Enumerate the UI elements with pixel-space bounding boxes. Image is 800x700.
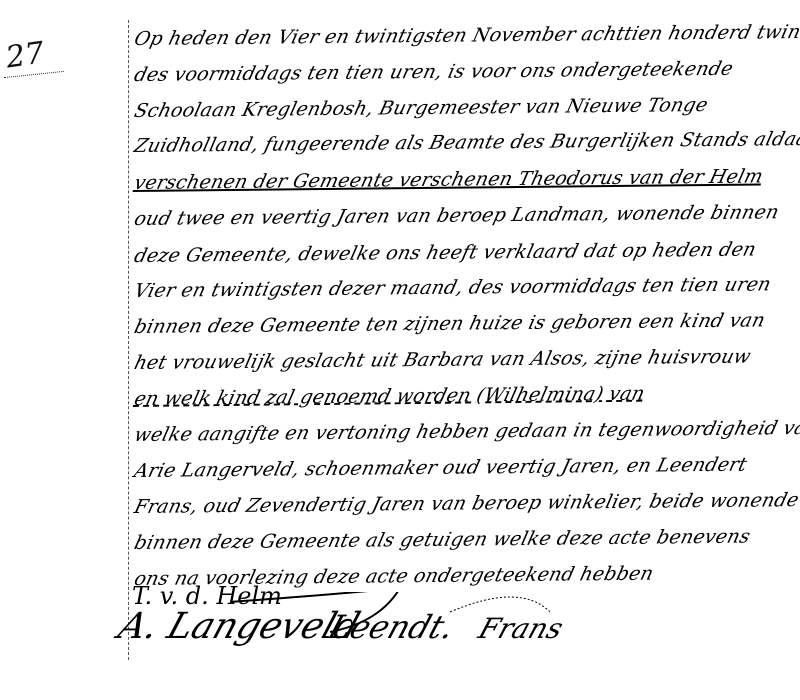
margin-rule [128,20,129,660]
record-line-2: des voormiddags ten tien uren, is voor o… [132,58,735,86]
scanned-document-page: 27 Op heden den Vier en twintigsten Nove… [0,0,800,700]
record-line-11-text: en welk kind zal genoemd worden (Wilhelm… [132,383,647,410]
record-line-12: welke aangifte en vertoning hebben gedaa… [132,417,800,446]
record-line-4: Zuidholland, fungeerende als Beamte des … [132,128,800,157]
record-line-14: Frans, oud Zevendertig Jaren van beroep … [132,489,800,518]
record-line-5-text: verschenen der Gemeente verschenen Theod… [132,165,765,194]
record-line-9: binnen deze Gemeente ten zijnen huize is… [132,309,767,338]
record-line-1: Op heden den Vier en twintigsten Novembe… [132,21,800,50]
record-line-7: deze Gemeente, dewelke ons heeft verklaa… [132,239,758,267]
signature-frans: Frans [475,612,568,645]
record-line-15: binnen deze Gemeente als getuigen welke … [132,526,752,554]
record-line-3: Schoolaan Kreglenbosh, Burgemeester van … [132,94,710,122]
record-line-6: oud twee en veertig Jaren van beroep Lan… [132,201,781,230]
record-line-8: Vier en twintigsten dezer maand, des voo… [132,273,773,302]
signature-leendert: Leendt. [324,608,460,646]
record-line-5: verschenen der Gemeente verschenen Theod… [132,165,765,194]
folio-number: 27 [4,36,47,76]
record-line-13: Arie Langerveld, schoenmaker oud veertig… [132,454,749,482]
record-line-10: het vrouwelijk geslacht uit Barbara van … [132,346,753,374]
record-line-11: en welk kind zal genoemd worden (Wilhelm… [132,383,647,410]
